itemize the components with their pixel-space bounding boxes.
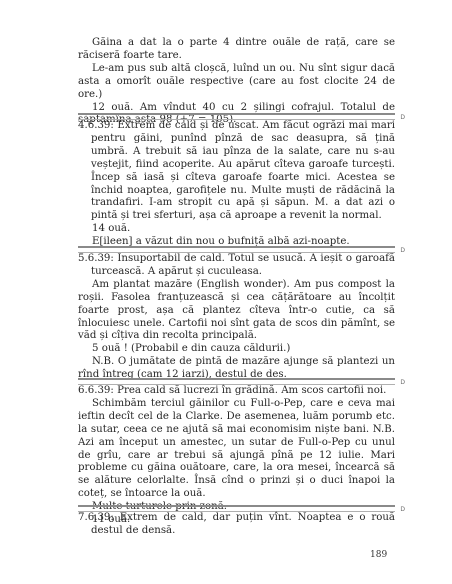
- entry-separator: D: [78, 113, 395, 120]
- entry-separator: D: [78, 246, 395, 253]
- entry-date: 6.6.39:: [78, 385, 114, 396]
- entry-date: 4.6.39:: [78, 120, 114, 131]
- paragraph: 5 ouă ! (Probabil e din cauza căldurii.): [78, 343, 395, 356]
- page-number: 189: [370, 550, 387, 560]
- entry-date: 5.6.39:: [78, 253, 114, 264]
- separator-mark: D: [400, 247, 405, 254]
- paragraph: Le-am pus sub altă cloșcă, luînd un ou. …: [78, 63, 395, 102]
- entry-separator: D: [78, 505, 395, 512]
- entry-first-paragraph: 4.6.39: Extrem de cald și de uscat. Am f…: [78, 120, 395, 223]
- separator-mark: D: [400, 114, 405, 121]
- entry-first-paragraph: 5.6.39: Insuportabil de cald. Totul se u…: [78, 253, 395, 279]
- book-page: Găina a dat la o parte 4 dintre ouăle de…: [0, 0, 452, 584]
- diary-entry-4-6-39: 4.6.39: Extrem de cald și de uscat. Am f…: [78, 120, 395, 249]
- diary-entry-7-6-39: 7.6.39: Extrem de cald, dar puțin vînt. …: [78, 512, 395, 538]
- diary-entry-5-6-39: 5.6.39: Insuportabil de cald. Totul se u…: [78, 253, 395, 382]
- entry-date: 7.6.39:: [78, 512, 114, 523]
- separator-mark: D: [400, 379, 405, 386]
- paragraph: Găina a dat la o parte 4 dintre ouăle de…: [78, 37, 395, 63]
- paragraph: 14 ouă.: [78, 223, 395, 236]
- paragraph: Am plantat mazăre (English wonder). Am p…: [78, 279, 395, 344]
- entry-separator: D: [78, 378, 395, 385]
- entry-first-paragraph: 7.6.39: Extrem de cald, dar puțin vînt. …: [78, 512, 395, 538]
- paragraph: Schimbăm terciul găinilor cu Full-o-Pep,…: [78, 398, 395, 501]
- separator-mark: D: [400, 506, 405, 513]
- entry-first-paragraph: 6.6.39: Prea cald să lucrezi în grădină.…: [78, 385, 395, 398]
